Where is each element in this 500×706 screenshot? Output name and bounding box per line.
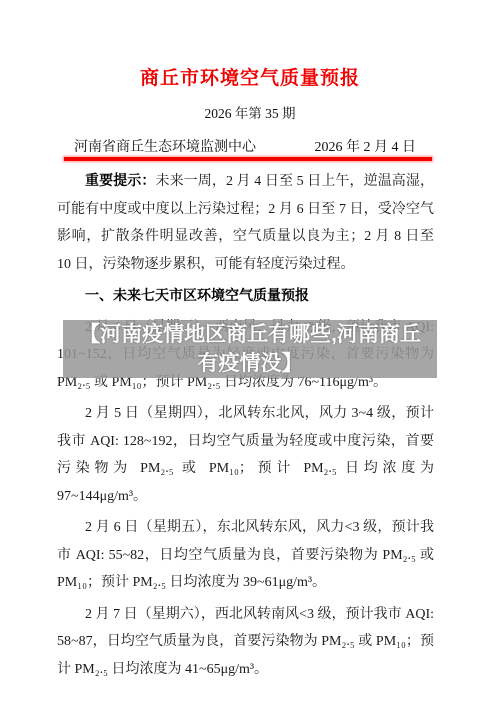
forecast-paragraph-feb7: 2 月 7 日（星期六），西北风转南风<3 级，预计我市 AQI: 58~87，… xyxy=(57,601,434,684)
document-page: 商丘市环境空气质量预报 2026 年第 35 期 河南省商丘生态环境监测中心 2… xyxy=(0,0,500,706)
section-heading: 一、未来七天市区环境空气质量预报 xyxy=(57,282,434,310)
org-name: 河南省商丘生态环境监测中心 xyxy=(64,136,256,156)
watermark-line1: 【河南疫情地区商丘有哪些,河南商丘 xyxy=(79,320,421,349)
forecast-paragraph-feb5: 2 月 5 日（星期四），北风转东北风，风力 3~4 级，预计我市 AQI: 1… xyxy=(57,400,434,510)
watermark-overlay: 【河南疫情地区商丘有哪些,河南商丘 有疫情没】 xyxy=(63,320,437,378)
issue-number: 2026 年第 35 期 xyxy=(0,102,500,122)
document-title: 商丘市环境空气质量预报 xyxy=(0,63,500,90)
notice-label: 重要提示： xyxy=(85,174,155,189)
notice-paragraph: 重要提示：未来一周，2 月 4 日至 5 日上午，逆温高湿，可能有中度或中度以上… xyxy=(57,168,434,278)
document-body: 重要提示：未来一周，2 月 4 日至 5 日上午，逆温高湿，可能有中度或中度以上… xyxy=(57,168,434,687)
org-date-row: 河南省商丘生态环境监测中心 2026 年 2 月 4 日 xyxy=(64,136,432,156)
watermark-line2: 有疫情没】 xyxy=(198,349,303,378)
issue-date: 2026 年 2 月 4 日 xyxy=(315,136,433,156)
forecast-paragraph-feb6: 2 月 6 日（星期五），东北风转东风，风力<3 级，预计我市 AQI: 55~… xyxy=(57,514,434,597)
red-divider xyxy=(64,157,432,161)
